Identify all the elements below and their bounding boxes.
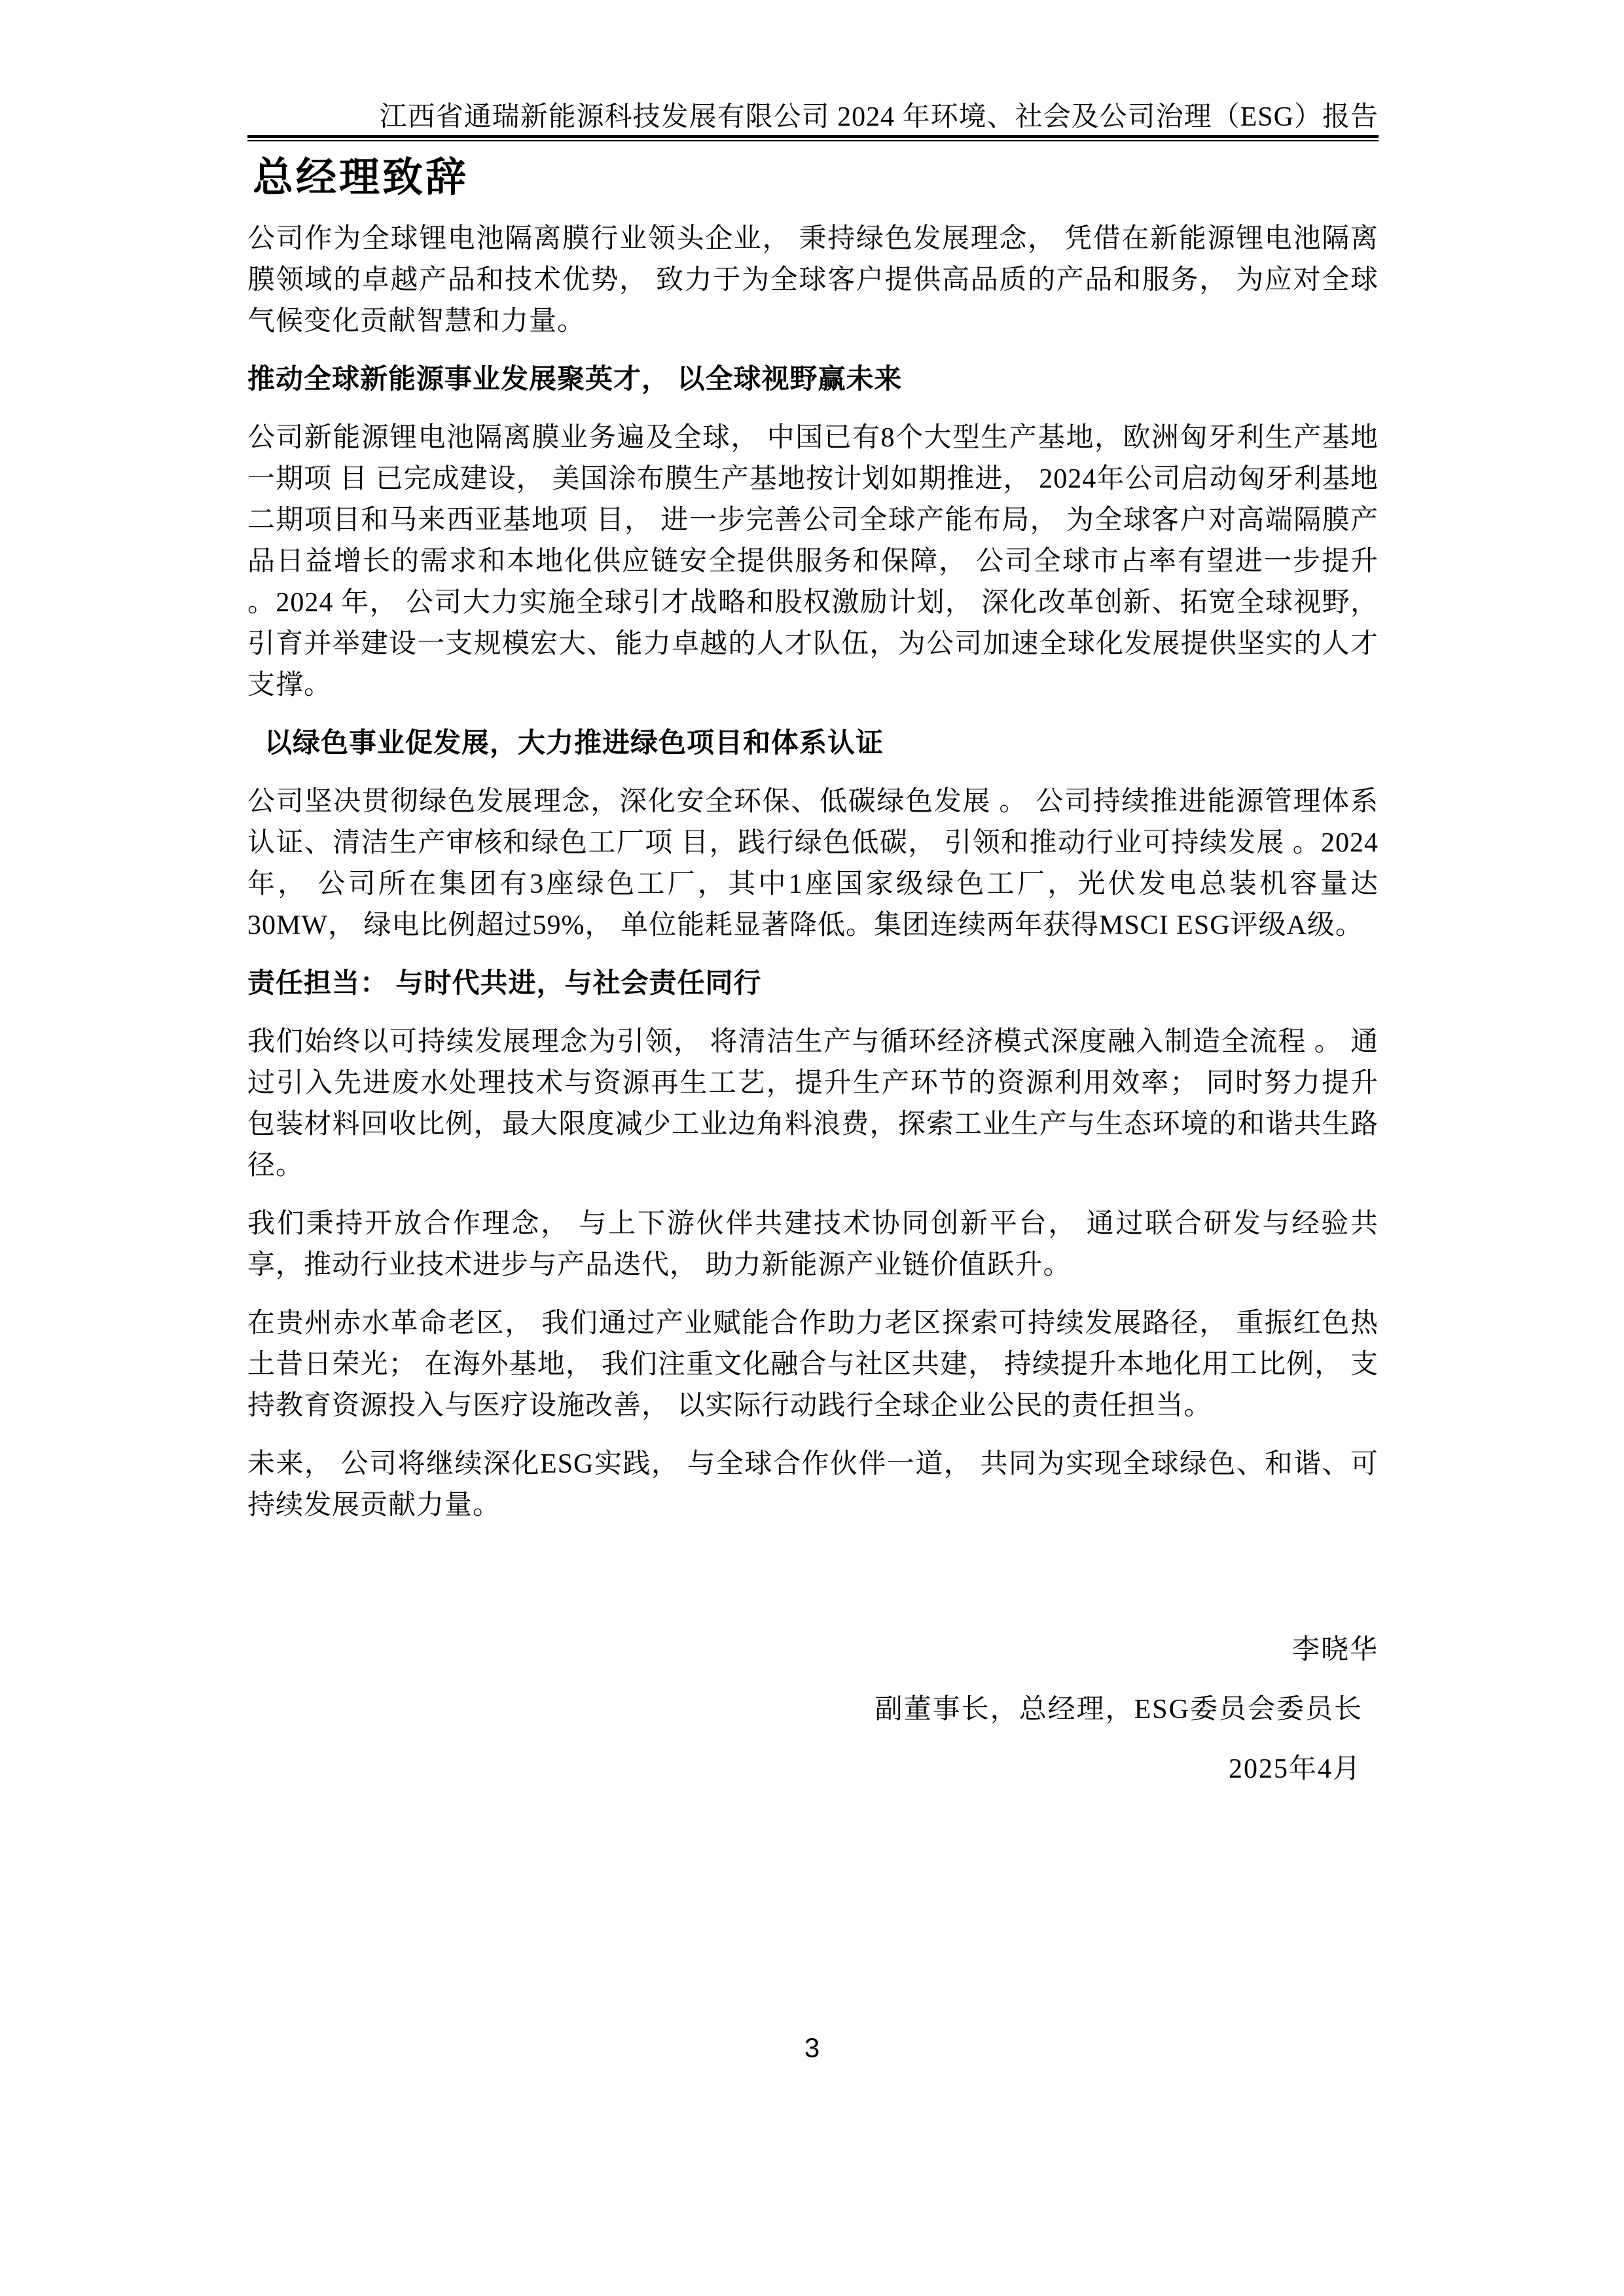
page-content: 江西省通瑞新能源科技发展有限公司 2024 年环境、社会及公司治理（ESG）报告… bbox=[247, 0, 1379, 1790]
section-heading-responsibility: 责任担当： 与时代共进，与社会责任同行 bbox=[247, 963, 1379, 1005]
signature-name: 李晓华 bbox=[247, 1630, 1379, 1671]
running-header: 江西省通瑞新能源科技发展有限公司 2024 年环境、社会及公司治理（ESG）报告 bbox=[247, 101, 1379, 134]
header-rule-thin bbox=[247, 140, 1379, 141]
signature-date: 2025年4月 bbox=[247, 1749, 1379, 1790]
header-rule-thick bbox=[247, 135, 1379, 138]
paragraph-green-development: 公司坚决贯彻绿色发展理念，深化安全环保、低碳绿色发展 。 公司持续推进能源管理体… bbox=[247, 781, 1379, 946]
paragraph-open-cooperation: 我们秉持开放合作理念， 与上下游伙伴共建技术协同创新平台， 通过联合研发与经验共… bbox=[247, 1204, 1379, 1286]
paragraph-sustainable-manufacturing: 我们始终以可持续发展理念为引领， 将清洁生产与循环经济模式深度融入制造全流程 。… bbox=[247, 1022, 1379, 1187]
page-title: 总经理致辞 bbox=[253, 154, 1379, 202]
section-heading-talent: 推动全球新能源事业发展聚英才， 以全球视野赢未来 bbox=[247, 359, 1379, 401]
paragraph-outlook: 未来， 公司将继续深化ESG实践， 与全球合作伙伴一道， 共同为实现全球绿色、和… bbox=[247, 1444, 1379, 1526]
paragraph-global-business: 公司新能源锂电池隔离膜业务遍及全球， 中国已有8个大型生产基地，欧洲匈牙利生产基… bbox=[247, 418, 1379, 706]
document-page: 江西省通瑞新能源科技发展有限公司 2024 年环境、社会及公司治理（ESG）报告… bbox=[0, 0, 1624, 2296]
signature-block: 李晓华 副董事长，总经理，ESG委员会委员长 2025年4月 bbox=[247, 1630, 1379, 1790]
paragraph-community: 在贵州赤水革命老区， 我们通过产业赋能合作助力老区探索可持续发展路径， 重振红色… bbox=[247, 1303, 1379, 1427]
section-heading-green: 以绿色事业促发展，大力推进绿色项目和体系认证 bbox=[247, 723, 1379, 764]
header-rule bbox=[247, 135, 1379, 141]
signature-role: 副董事长，总经理，ESG委员会委员长 bbox=[247, 1689, 1379, 1731]
paragraph-intro: 公司作为全球锂电池隔离膜行业领头企业， 秉持绿色发展理念， 凭借在新能源锂电池隔… bbox=[247, 219, 1379, 342]
page-number: 3 bbox=[0, 2033, 1624, 2063]
